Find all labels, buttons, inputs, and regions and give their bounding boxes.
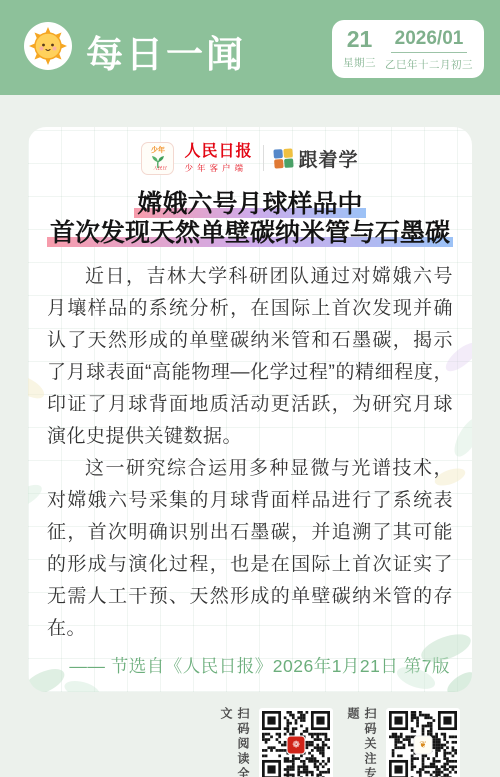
article-headline: 嫦娥六号月球样品中 首次发现天然单壁碳纳米管与石墨碳 — [42, 190, 458, 248]
headline-line-1: 嫦娥六号月球样品中 — [134, 190, 365, 219]
junior-client-qr-logo-icon: ❦ — [414, 736, 433, 755]
svg-text:人民日报: 人民日报 — [153, 165, 167, 170]
sprout-icon: 人民日报 — [149, 154, 167, 170]
peoples-daily-junior-logo-icon: 少年 人民日报 — [141, 142, 174, 175]
news-card: 少年 人民日报 人民日报 少年客户端 跟着学 嫦娥六号月球样品中 首次发现天然单… — [28, 127, 472, 692]
qr-footer: 扫码阅读全文 ❁ 扫码关注专题 ❦ — [0, 707, 500, 777]
junior-client-label: 少年客户端 — [184, 162, 252, 174]
source-attribution: —— 节选自《人民日报》2026年1月21日 第7版 — [42, 653, 458, 678]
badge-top-label: 少年 — [151, 147, 165, 154]
paragraph-2: 这一研究综合运用多种显微与光谱技术，对嫦娥六号采集的月球背面样品进行了系统表征，… — [47, 453, 453, 645]
date-month: 2026/01 — [391, 27, 468, 53]
follow-learn-icon — [273, 148, 293, 168]
date-weekday: 星期三 — [343, 55, 376, 70]
qr-follow-group: 扫码关注专题 ❦ — [345, 707, 460, 777]
page-title: 每日一闻 — [86, 24, 246, 78]
qr-follow-label: 扫码关注专题 — [345, 707, 379, 777]
peoples-daily-qr-logo-icon: ❁ — [287, 736, 306, 755]
qr-read-group: 扫码阅读全文 ❁ — [218, 707, 333, 777]
paragraph-1: 近日，吉林大学科研团队通过对嫦娥六号月壤样品的系统分析，在国际上首次发现并确认了… — [47, 261, 453, 453]
peoples-daily-label: 人民日报 — [184, 143, 252, 160]
sun-icon — [24, 22, 72, 70]
qr-code-read-full-text: ❁ — [259, 708, 333, 777]
headline-line-2: 首次发现天然单壁碳纳米管与石墨碳 — [47, 219, 453, 248]
header-bar: 每日一闻 21 星期三 2026/01 乙巳年十二月初三 — [0, 0, 500, 95]
date-lunar: 乙巳年十二月初三 — [385, 57, 473, 72]
logo-row: 少年 人民日报 人民日报 少年客户端 跟着学 — [42, 139, 458, 177]
follow-learn-label: 跟着学 — [299, 145, 359, 172]
date-card: 21 星期三 2026/01 乙巳年十二月初三 — [332, 20, 484, 78]
qr-code-follow-topic: ❦ — [386, 708, 460, 777]
date-day: 21 — [347, 27, 373, 51]
article-body: 近日，吉林大学科研团队通过对嫦娥六号月壤样品的系统分析，在国际上首次发现并确认了… — [42, 261, 458, 645]
logo-divider — [263, 145, 264, 171]
qr-read-label: 扫码阅读全文 — [218, 707, 252, 777]
